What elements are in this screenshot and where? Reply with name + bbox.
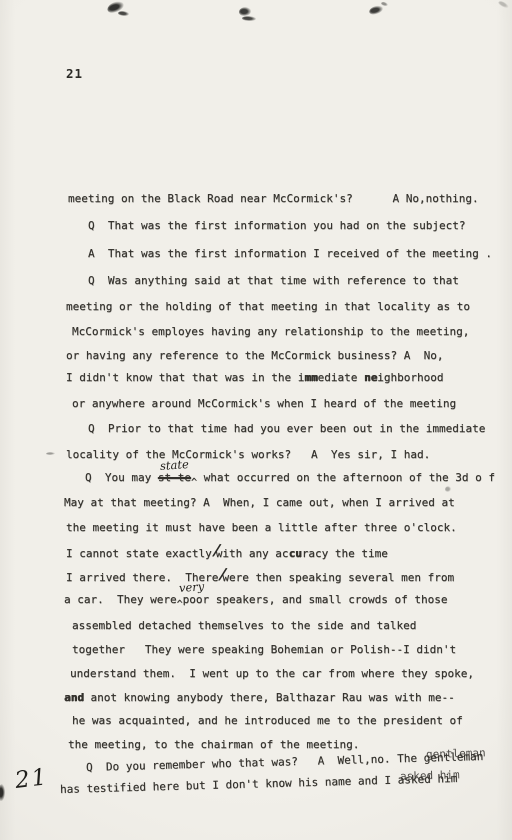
typed-text: I didn't know that that was in the i	[66, 371, 304, 384]
text-line: he was acquainted, and he introduced me …	[72, 714, 463, 727]
text-line: I arrived there. There∕were then speakin…	[66, 569, 454, 584]
typed-text: meeting or the holding of that meeting i…	[66, 300, 470, 313]
handwritten-slash-mark: ∕	[211, 543, 217, 556]
double-struck-text: gentleman	[423, 750, 483, 765]
text-line: Q Was anything said at that time with re…	[88, 274, 459, 287]
typed-text: what occurred on the afternoon of the 3d…	[197, 471, 495, 484]
overstruck-text: cu	[289, 547, 302, 560]
typed-text: Q Prior to that time had you ever been o…	[88, 422, 485, 435]
text-line: a car. They werevery^poor speakers, and …	[64, 593, 448, 607]
typed-text: understand them. I went up to the car fr…	[70, 667, 474, 680]
caret-mark: ^	[191, 476, 197, 489]
text-line: Q Do you remember who that was? A Well,n…	[86, 750, 484, 774]
text-line: May at that meeting? A When, I came out,…	[64, 496, 455, 509]
double-struck-text: asked him	[397, 772, 457, 787]
text-line: or having any reference to the McCormick…	[66, 349, 444, 362]
typed-text: anot knowing anybody there, Balthazar Ra…	[84, 691, 455, 704]
typed-text: locality of the McCormick's works? A Yes…	[66, 448, 430, 461]
typed-text: ediate	[318, 371, 364, 384]
typed-text: Q Do you remember who that was? A Well,n…	[86, 752, 424, 774]
typed-text: were then speaking several men from	[222, 571, 454, 584]
text-line: I cannot state exactly∕with any accuracy…	[66, 545, 388, 560]
text-line: I didn't know that that was in the immed…	[66, 371, 444, 384]
typed-text: ighborhood	[377, 371, 443, 384]
text-line: understand them. I went up to the car fr…	[70, 667, 474, 680]
typed-text: the meeting it must have been a little a…	[66, 521, 457, 534]
typed-text: A That was the first information I recei…	[88, 247, 492, 260]
typed-text: with any ac	[216, 547, 289, 560]
handwritten-insertion: very	[178, 582, 179, 595]
struck-out-text: st te	[158, 471, 191, 484]
text-line: assembled detached themselves to the sid…	[72, 619, 416, 632]
text-line: locality of the McCormick's works? A Yes…	[66, 448, 430, 461]
typed-text: together They were speaking Bohemian or …	[72, 643, 456, 656]
text-line: Q You may statest te^ what occurred on t…	[85, 471, 495, 485]
typed-text: the meeting, to the chairman of the meet…	[68, 738, 359, 751]
text-line: Q Prior to that time had you ever been o…	[88, 422, 485, 435]
text-line: McCormick's employes having any relation…	[72, 325, 469, 338]
text-line: the meeting it must have been a little a…	[66, 521, 457, 534]
typed-text: he was acquainted, and he introduced me …	[72, 714, 463, 727]
typed-text: Q You may	[85, 471, 158, 484]
typed-text: meeting on the Black Road near McCormick…	[68, 192, 479, 205]
text-line: the meeting, to the chairman of the meet…	[68, 738, 359, 751]
typed-text: poor speakers, and small crowds of those	[183, 593, 448, 606]
typed-text: racy the time	[302, 547, 388, 560]
overstruck-text: mm	[304, 371, 317, 384]
typewritten-text-block: meeting on the Black Road near McCormick…	[0, 0, 512, 840]
text-line: A That was the first information I recei…	[88, 247, 492, 260]
text-line: Q That was the first information you had…	[88, 219, 466, 232]
caret-mark: ^	[177, 598, 183, 611]
typed-text: Q That was the first information you had…	[88, 219, 466, 232]
text-line: has testified here but I don't know his …	[60, 772, 458, 796]
typed-text: has testified here but I don't know his …	[60, 774, 398, 796]
typed-text: or anywhere around McCormick's when I he…	[72, 397, 456, 410]
overstruck-text: ne	[364, 371, 377, 384]
text-line: and anot knowing anybody there, Balthaza…	[64, 691, 455, 704]
text-line: together They were speaking Bohemian or …	[72, 643, 456, 656]
handwritten-slash-mark: ∕	[218, 567, 224, 580]
typed-text: McCormick's employes having any relation…	[72, 325, 469, 338]
typed-text: or having any reference to the McCormick…	[66, 349, 444, 362]
handwritten-insertion: state	[159, 460, 160, 473]
document-page: 21 meeting on the Black Road near McCorm…	[0, 0, 512, 840]
handwritten-page-number: 21	[14, 764, 50, 794]
text-line: meeting or the holding of that meeting i…	[66, 300, 470, 313]
typed-text: I cannot state exactly	[66, 547, 212, 560]
text-line: meeting on the Black Road near McCormick…	[68, 192, 479, 205]
typed-text: May at that meeting? A When, I came out,…	[64, 496, 455, 509]
typed-text: a car. They were	[64, 593, 177, 606]
text-line: or anywhere around McCormick's when I he…	[72, 397, 456, 410]
typed-text: Q Was anything said at that time with re…	[88, 274, 459, 287]
typed-text: assembled detached themselves to the sid…	[72, 619, 416, 632]
overstruck-text: and	[64, 691, 84, 704]
